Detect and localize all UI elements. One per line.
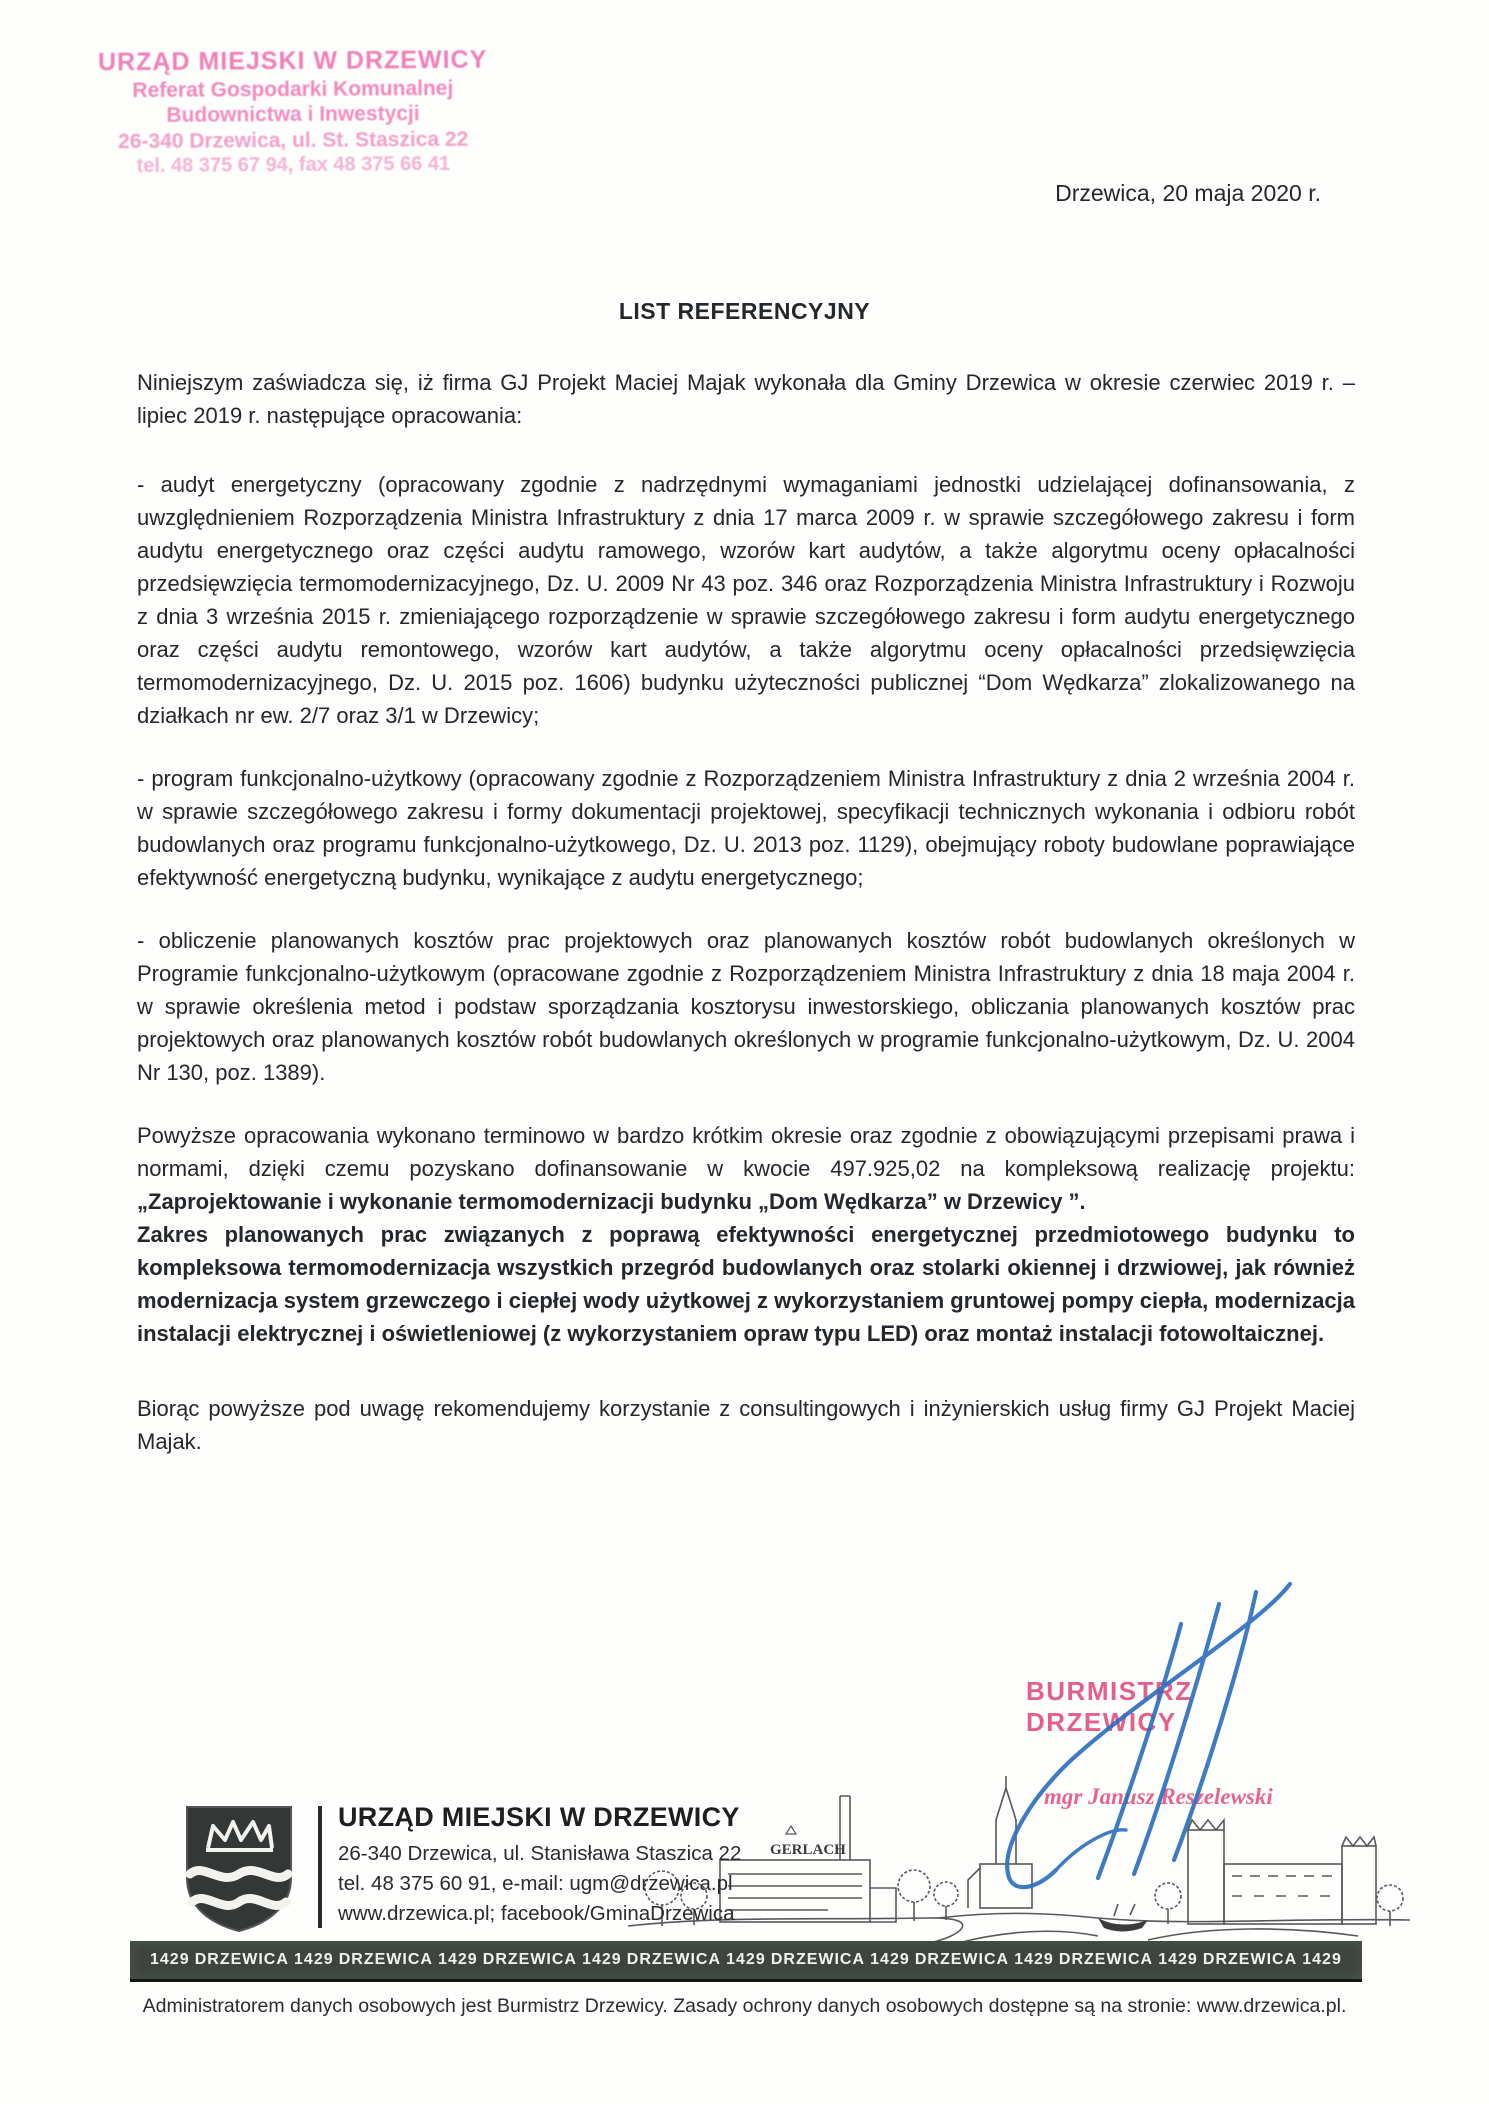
strip-item: DRZEWICA <box>1203 1951 1297 1969</box>
coat-of-arms <box>178 1802 300 1934</box>
strip-item: 1429 <box>1014 1951 1054 1969</box>
document-date: Drzewica, 20 maja 2020 r. <box>1055 180 1321 207</box>
summary-project-name: „Zaprojektowanie i wykonanie termomodern… <box>137 1189 1086 1214</box>
closing-paragraph: Biorąc powyższe pod uwagę rekomendujemy … <box>137 1392 1355 1458</box>
footer-web: www.drzewica.pl; facebook/GminaDrzewica <box>338 1899 741 1929</box>
strip-item: 1429 <box>582 1951 622 1969</box>
strip-item: 1429 <box>1302 1951 1342 1969</box>
footer-letterhead: URZĄD MIEJSKI W DRZEWICY 26-340 Drzewica… <box>178 1802 741 1934</box>
stamp-department-line2: Budownictwa i Inwestycji <box>78 101 508 130</box>
work-item-energy-audit: - audyt energetyczny (opracowany zgodnie… <box>137 468 1355 732</box>
scope-paragraph: Zakres planowanych prac związanych z pop… <box>137 1218 1355 1350</box>
summary-text: Powyższe opracowania wykonano terminowo … <box>137 1123 1355 1181</box>
intro-paragraph: Niniejszym zaświadcza się, iż firma GJ P… <box>137 366 1355 432</box>
strip-item: DRZEWICA <box>771 1951 865 1969</box>
office-ink-stamp: URZĄD MIEJSKI W DRZEWICY Referat Gospoda… <box>78 45 509 180</box>
letterhead-divider <box>318 1806 322 1928</box>
strip-item: DRZEWICA <box>627 1951 721 1969</box>
mayor-ink-stamp: BURMISTRZ DRZEWICY mgr Janusz Reszelewsk… <box>1026 1676 1346 1810</box>
work-item-cost-calculation: - obliczenie planowanych kosztów prac pr… <box>137 924 1355 1089</box>
document-page: URZĄD MIEJSKI W DRZEWICY Referat Gospoda… <box>0 0 1489 2104</box>
document-title: LIST REFERENCYJNY <box>0 298 1489 325</box>
strip-item: 1429 <box>1158 1951 1198 1969</box>
strip-item: 1429 <box>294 1951 334 1969</box>
stamp-phone-fax: tel. 48 375 67 94, fax 48 375 66 41 <box>78 152 508 179</box>
footer-office-name: URZĄD MIEJSKI W DRZEWICY <box>338 1802 741 1833</box>
stamp-department-line1: Referat Gospodarki Komunalnej <box>78 75 508 104</box>
heritage-strip: 1429DRZEWICA1429DRZEWICA1429DRZEWICA1429… <box>130 1941 1362 1979</box>
stamp-office-name: URZĄD MIEJSKI W DRZEWICY <box>78 45 508 79</box>
strip-item: 1429 <box>150 1951 190 1969</box>
strip-item: DRZEWICA <box>915 1951 1009 1969</box>
gerlach-factory-label: GERLACH <box>770 1842 846 1858</box>
strip-item: DRZEWICA <box>195 1951 289 1969</box>
mayor-stamp-title: BURMISTRZ DRZEWICY <box>1026 1676 1346 1738</box>
footer-address: 26-340 Drzewica, ul. Stanisława Staszica… <box>338 1839 741 1869</box>
data-protection-note: Administratorem danych osobowych jest Bu… <box>0 1995 1489 2018</box>
strip-item: 1429 <box>438 1951 478 1969</box>
strip-item: DRZEWICA <box>1059 1951 1153 1969</box>
footer-contact: tel. 48 375 60 91, e-mail: ugm@drzewica.… <box>338 1869 741 1899</box>
strip-item: DRZEWICA <box>339 1951 433 1969</box>
letter-body: Niniejszym zaświadcza się, iż firma GJ P… <box>137 366 1355 1458</box>
mayor-stamp-name: mgr Janusz Reszelewski <box>1044 1784 1346 1810</box>
strip-item: 1429 <box>870 1951 910 1969</box>
strip-item: DRZEWICA <box>483 1951 577 1969</box>
strip-item: 1429 <box>726 1951 766 1969</box>
work-item-functional-program: - program funkcjonalno-użytkowy (opracow… <box>137 762 1355 894</box>
stamp-address: 26-340 Drzewica, ul. St. Staszica 22 <box>78 126 508 155</box>
summary-paragraph: Powyższe opracowania wykonano terminowo … <box>137 1119 1355 1218</box>
